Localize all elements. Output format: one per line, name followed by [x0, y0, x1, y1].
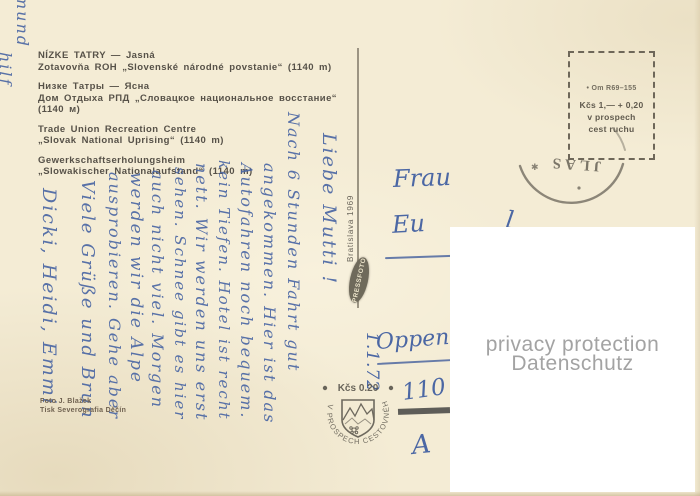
postcard-back: NÍZKE TATRY — JasnáZotavovňa ROH „Sloven…	[0, 0, 700, 496]
handwriting-line: Nach 6 Stunden Fahrt gut	[284, 112, 303, 372]
address-line: Eu	[391, 209, 425, 239]
stamp-box-line: Kčs 1,— + 0,20	[570, 99, 653, 111]
caption-line: NÍZKE TATRY — Jasná	[38, 50, 337, 62]
address-line: 110	[400, 374, 447, 406]
handwriting-line: auch nicht viel. Morgen	[148, 170, 167, 409]
stamp-shield	[342, 400, 374, 437]
caption-line: Низке Татры — Ясна	[38, 81, 337, 93]
handwriting-fragment: mund	[13, 0, 32, 48]
handwriting-line: Dicki, Heidi, Emmi	[38, 188, 60, 406]
handwriting-line: kein Tiefen. Hotel ist recht	[215, 160, 233, 421]
photo-credit: Foto J. BlažekTisk Severografia Děčín	[40, 397, 126, 415]
caption-group: Низке Татры — ЯснаДом Отдыха РПД „Словац…	[38, 81, 337, 116]
caption-line: Zotavovňa ROH „Slovenské národné povstan…	[38, 62, 337, 74]
handwriting-line: werden wir die Alpe	[126, 172, 146, 384]
caption-line: Дом Отдыха РПД „Словацкое национальное в…	[38, 93, 337, 105]
address-line: Frau	[393, 163, 452, 193]
ink-underline	[377, 359, 453, 365]
stamp-box-line: • Om R69–155	[570, 83, 653, 95]
caption-group: NÍZKE TATRY — JasnáZotavovňa ROH „Sloven…	[38, 50, 337, 73]
pressfoto-logo-label: PRESSFOTO	[351, 257, 367, 303]
handwriting-line: Viele Grüße und Brun	[77, 180, 98, 420]
address-line: A	[410, 429, 432, 461]
photo-credit-line: Foto J. Blažek	[40, 397, 126, 406]
ink-redaction-bar	[398, 407, 450, 415]
pressfoto-logo: PRESSFOTO	[345, 256, 372, 305]
imprint-city-year: Bratislava 1969	[346, 195, 355, 262]
tourism-stamp-value: Kčs 0.20	[338, 383, 379, 394]
stamp-edelweiss	[350, 427, 358, 434]
postmark: JLAS ✱	[495, 116, 645, 220]
handwriting-line: nett. Wir werden uns erst	[192, 163, 211, 421]
postmark-text: JLAS	[548, 154, 602, 174]
handwriting-line: ausprobieren. Gehe aber	[105, 172, 124, 420]
photo-credit-line: Tisk Severografia Děčín	[40, 406, 126, 415]
handwriting-line: angekommen. Hier ist das	[260, 163, 279, 424]
handwriting-line: Liebe Mutti !	[318, 133, 340, 285]
handwriting-line: sehen. Schnee gibt es hier	[171, 167, 189, 420]
privacy-overlay: privacy protection Datenschutz	[450, 227, 695, 492]
postmark-star: ✱	[531, 162, 539, 172]
handwriting-fragment: hilf	[0, 52, 15, 86]
handwriting-line: Autofahren noch bequem.	[237, 163, 256, 419]
privacy-line-de: Datenschutz	[486, 354, 660, 373]
ink-underline	[385, 255, 453, 259]
stamp-mountains	[343, 404, 374, 420]
tourism-fee-stamp: V PROSPECH CESTOVNÉHO RUCHU Kčs 0.20	[316, 376, 400, 462]
